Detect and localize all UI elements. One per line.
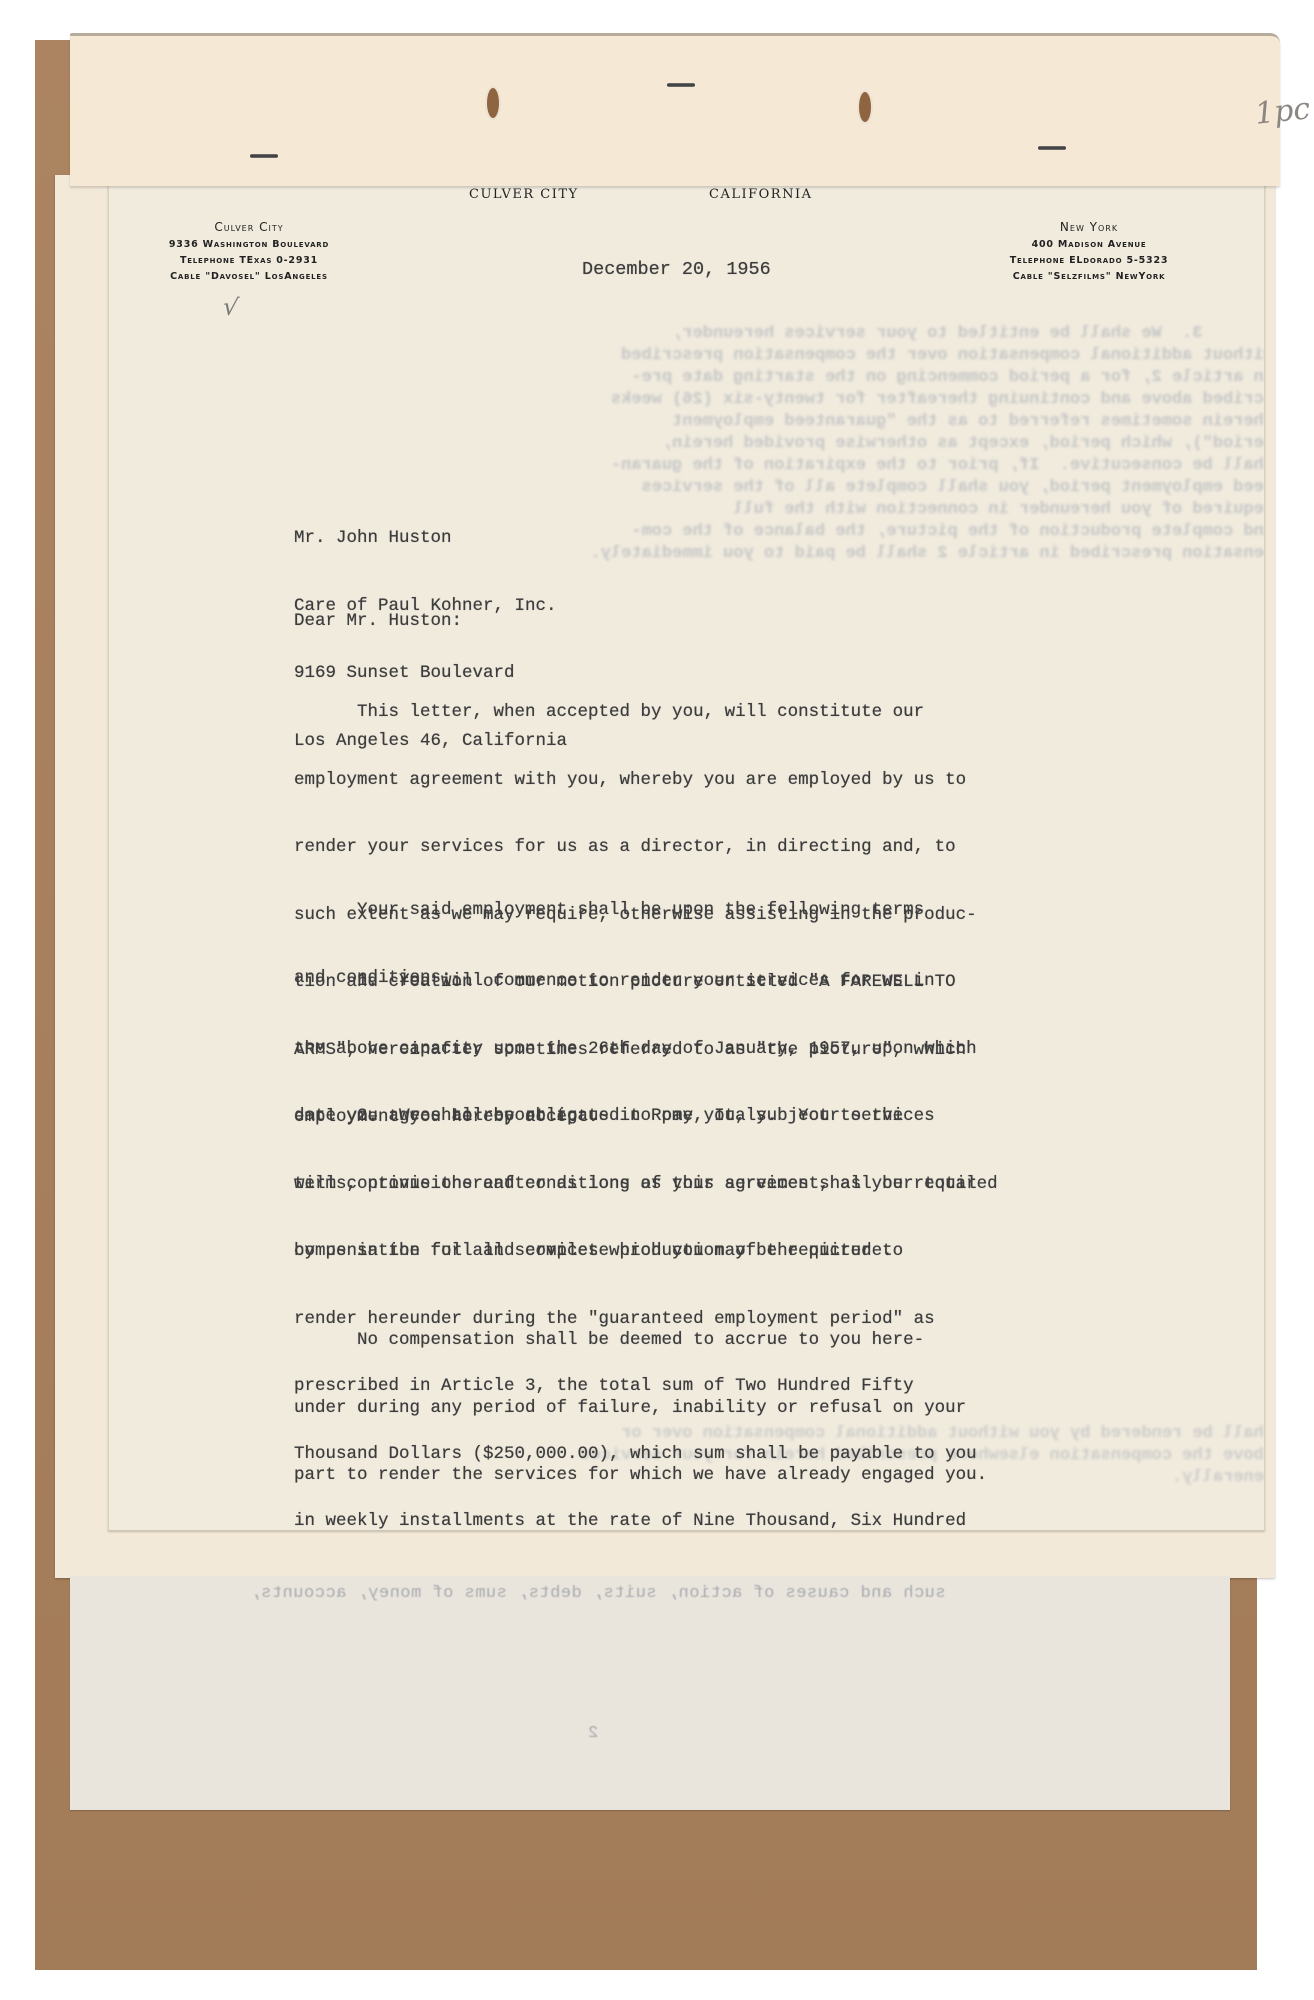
staple-right [1038, 146, 1066, 150]
text-line: terms, provisions and conditions of this… [294, 1173, 1265, 1196]
recipient-line: Mr. John Huston [294, 527, 567, 550]
letterhead-right-city: New York [989, 220, 1189, 234]
letterhead-culver-city: CULVER CITY [469, 187, 579, 202]
letterhead-california: CALIFORNIA [709, 187, 812, 202]
letterhead-right-line: Cable "Selzfilms" NewYork [989, 269, 1189, 285]
text-line: compensation for all services which you … [294, 1240, 1265, 1263]
letterhead-left-line: Cable "Davosel" LosAngeles [149, 269, 349, 285]
letter-date: December 20, 1956 [582, 259, 771, 282]
text-line: under during any period of failure, inab… [294, 1397, 1265, 1420]
top-folder-tab: 1pc [70, 33, 1280, 186]
staple-top-center [667, 83, 695, 87]
text-line: This letter, when accepted by you, will … [294, 701, 1265, 724]
letter-sheet: 3. We shall be entitled to your services… [108, 183, 1265, 1531]
text-line: 2. We shall be obligated to pay you, sub… [294, 1105, 1265, 1128]
letterhead-right-line: 400 Madison Avenue [989, 237, 1189, 253]
text-line: employment agreement with you, whereby y… [294, 769, 1265, 792]
letterhead-left-line: 9336 Washington Boulevard [149, 237, 349, 253]
letterhead-left-city: Culver City [149, 220, 349, 234]
salutation: Dear Mr. Huston: [294, 610, 462, 633]
letterhead-left-block: Culver City 9336 Washington Boulevard Te… [149, 220, 349, 285]
pencil-note: 1pc [1253, 91, 1311, 132]
text-line: Your said employment shall be upon the f… [294, 899, 1265, 922]
text-line: part to render the services for which we… [294, 1464, 1265, 1487]
carbon-page-number: 2 [588, 1724, 598, 1743]
carbon-bleed-text: such and causes of action, suits, debts,… [250, 1584, 946, 1603]
letterhead-right-block: New York 400 Madison Avenue Telephone EL… [989, 220, 1189, 285]
binder-hole-left [485, 86, 501, 120]
paragraph-no-compensation: No compensation shall be deemed to accru… [294, 1284, 1265, 1531]
letterhead-right-line: Telephone ELdorado 5-5323 [989, 253, 1189, 269]
text-line: 1. You will commence to render your serv… [294, 970, 1265, 993]
text-line: the above capacity upon the 26th day of … [294, 1038, 1265, 1061]
pencil-check-mark: √ [221, 292, 240, 322]
staple-left [250, 154, 278, 158]
carbon-copy-sheet: such and causes of action, suits, debts,… [70, 1576, 1230, 1810]
text-line: No compensation shall be deemed to accru… [294, 1329, 1265, 1352]
binder-hole-right [857, 90, 873, 124]
letterhead-left-line: Telephone TExas 0-2931 [149, 253, 349, 269]
